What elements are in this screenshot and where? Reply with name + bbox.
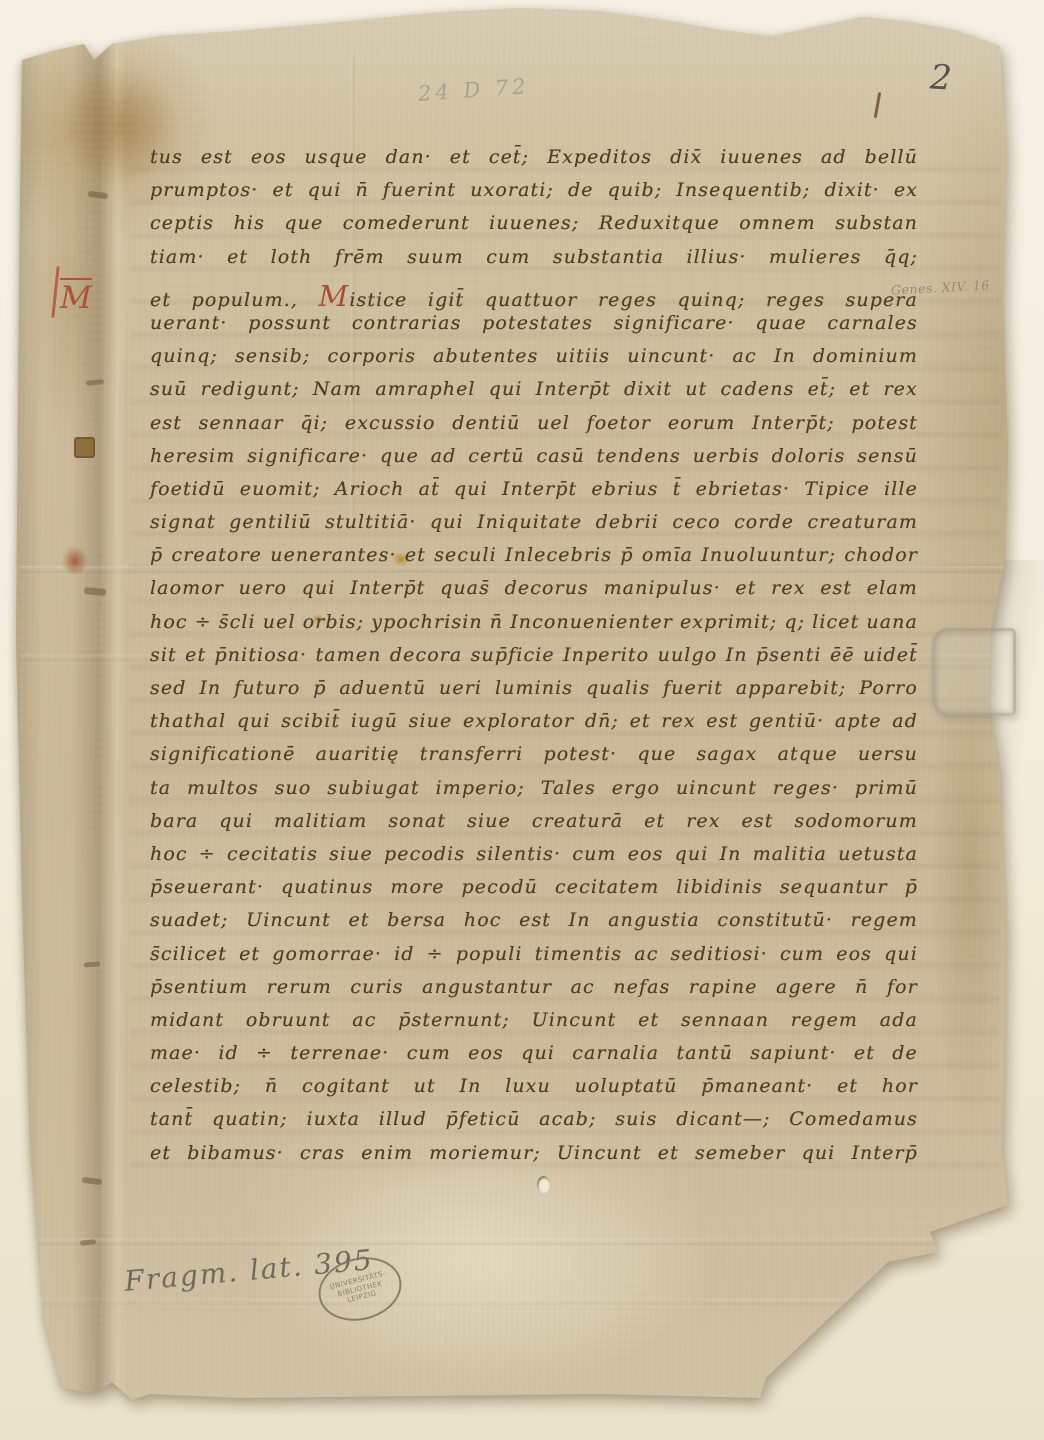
manuscript-line: p̄creatoreuenerantes·etseculiInlecebrisp…: [150, 544, 918, 577]
manuscript-line: hoc÷s̄cliuelorbis;ypochrisinn̄Inconuenie…: [150, 611, 918, 644]
manuscript-line: heresimsignificare·queadcertūcasūtendens…: [150, 445, 918, 478]
manuscript-line: etbibamus·crasenimmoriemur;Uincuntetseme…: [150, 1142, 918, 1175]
parchment-leaf-wrapper: M tusesteosusquedan·etcet̄;Expeditosdix̄…: [0, 0, 1044, 1440]
fold-crease: [20, 1238, 1004, 1245]
manuscript-line: etpopulum.,Misticeigit̄quattuorregesquin…: [150, 279, 918, 312]
marginal-rubric-initial: M: [60, 280, 92, 316]
manuscript-line: suūredigunt;NamamraphelquiInterp̄tdixitu…: [150, 378, 918, 411]
manuscript-line: tiam·etlothfrēmsuumcumsubstantiaillius·m…: [150, 246, 918, 279]
manuscript-line: tusesteosusquedan·etcet̄;Expeditosdix̄iu…: [150, 146, 918, 179]
manuscript-line: baraquimalitiamsonatsiuecreaturāetrexest…: [150, 810, 918, 843]
manuscript-line: ceptishisquecomederuntiuuenes;Reduxitque…: [150, 212, 918, 245]
red-smudge: [62, 546, 88, 576]
manuscript-line: p̄seuerant·quatinusmorepecodūcecitatemli…: [150, 876, 918, 909]
manuscript-line: tant̄quatin;iuxtailludp̄feticūacab;suisd…: [150, 1108, 918, 1141]
manuscript-line: hoc÷cecitatissiuepecodissilentis·cumeosq…: [150, 843, 918, 876]
manuscript-line: quinq;sensib;corporisabutentesuitiisuinc…: [150, 345, 918, 378]
manuscript-line: celestib;n̄cogitantutInluxuuoluptatūp̄ma…: [150, 1075, 918, 1108]
parchment-hole: [537, 1176, 550, 1193]
manuscript-line: uerant·possuntcontrariaspotestatessignif…: [150, 312, 918, 345]
repair-patch: [74, 437, 95, 458]
manuscript-line: foetidūeuomit;Ariochat̄quiInterp̄tebrius…: [150, 478, 918, 511]
manuscript-line: thathalquiscibit̄iugūsiueexploratordn̄;e…: [150, 710, 918, 743]
manuscript-line: laomorueroquiInterp̄tquas̄decorusmanipul…: [150, 577, 918, 610]
manuscript-line: significationēauaritiętransferripotest·q…: [150, 743, 918, 776]
manuscript-line: suadet;UincuntetbersahocestInangustiacon…: [150, 909, 918, 942]
manuscript-line: tamultossuosubiugatimperio;Talesergouinc…: [150, 777, 918, 810]
fold-crease: [20, 1298, 1004, 1305]
manuscript-line: signatgentiliūstultitiā·quiIniquitatedeb…: [150, 511, 918, 544]
manuscript-line: estsennaarq̄i;excussiodentiūuelfoetoreor…: [150, 412, 918, 445]
manuscript-line: mae·id÷terrenae·cumeosquicarnaliatantūsa…: [150, 1042, 918, 1075]
plastic-mount-clip: [932, 628, 1016, 716]
text-block: tusesteosusquedan·etcet̄;Expeditosdix̄iu…: [150, 146, 918, 1175]
manuscript-line: s̄cilicetetgomorrae·id÷populitimentisacs…: [150, 943, 918, 976]
folio-number: 2: [929, 57, 953, 98]
manuscript-line: prumptos·etquin̄fuerintuxorati;dequib;In…: [150, 179, 918, 212]
manuscript-line: sitetp̄nitiosa·tamendecorasup̄ficieInper…: [150, 644, 918, 677]
manuscript-line: p̄sentiumrerumcurisangustanturacnefasrap…: [150, 976, 918, 1009]
parchment-leaf: M tusesteosusquedan·etcet̄;Expeditosdix̄…: [0, 0, 1044, 1440]
manuscript-line: midantobruuntacp̄sternunt;Uincuntetsenna…: [150, 1009, 918, 1042]
manuscript-line: sedInfuturop̄aduentūueriluminisqualisfue…: [150, 677, 918, 710]
manuscript-photo: M tusesteosusquedan·etcet̄;Expeditosdix̄…: [0, 0, 1044, 1440]
